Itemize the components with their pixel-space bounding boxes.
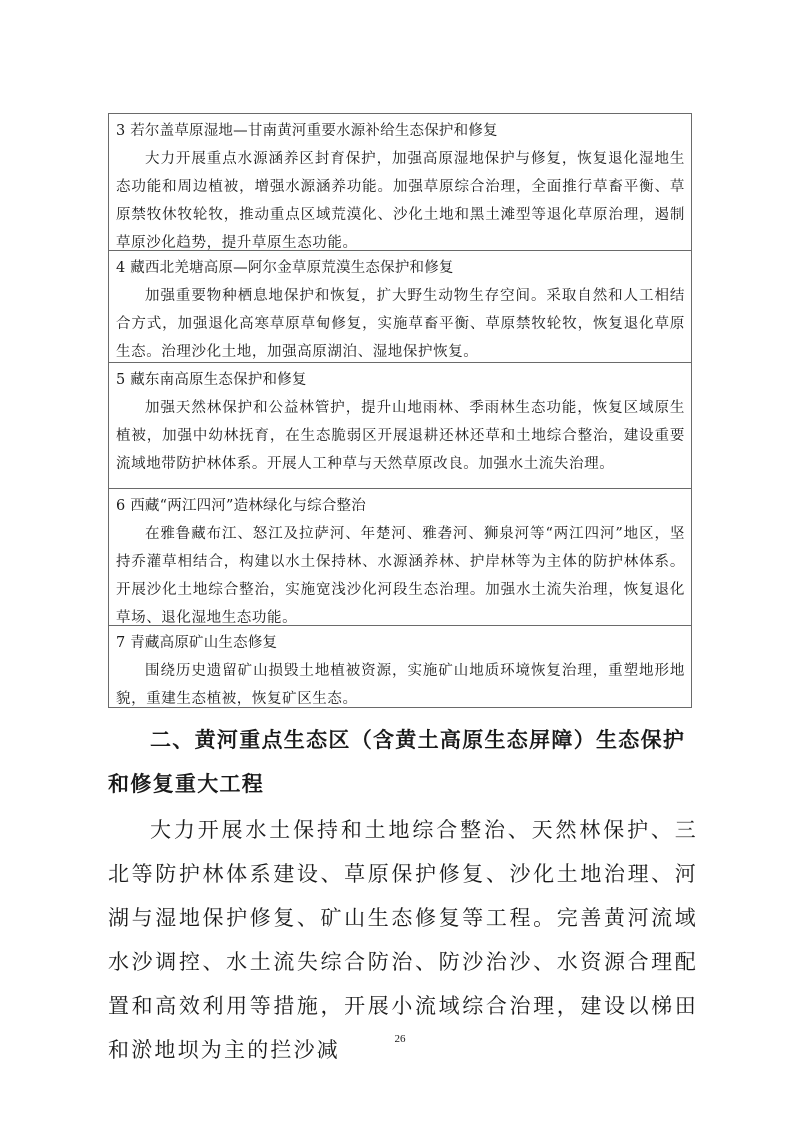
projects-table: 3 若尔盖草原湿地—甘南黄河重要水源补给生态保护和修复 大力开展重点水源涵养区封… xyxy=(108,113,692,708)
section-heading: 二、黄河重点生态区（含黄土高原生态屏障）生态保护和修复重大工程 xyxy=(108,718,698,806)
table-row: 6 西藏“两江四河”造林绿化与综合整治 在雅鲁藏布江、怒江及拉萨河、年楚河、雅砻… xyxy=(109,488,691,625)
table-row: 5 藏东南高原生态保护和修复 加强天然林保护和公益林管护，提升山地雨林、季雨林生… xyxy=(109,362,691,488)
row-body: 在雅鲁藏布江、怒江及拉萨河、年楚河、雅砻河、狮泉河等“两江四河”地区，坚持乔灌草… xyxy=(116,520,685,632)
table-row: 4 藏西北羌塘高原—阿尔金草原荒漠生态保护和修复 加强重要物种栖息地保护和恢复，… xyxy=(109,250,691,362)
row-body: 大力开展重点水源涵养区封育保护，加强高原湿地保护与修复，恢复退化湿地生态功能和周… xyxy=(116,145,685,257)
table-row: 3 若尔盖草原湿地—甘南黄河重要水源补给生态保护和修复 大力开展重点水源涵养区封… xyxy=(109,114,691,250)
row-title: 7 青藏高原矿山生态修复 xyxy=(116,630,685,657)
row-body: 加强天然林保护和公益林管护，提升山地雨林、季雨林生态功能，恢复区域原生植被，加强… xyxy=(116,394,685,478)
page-number: 26 xyxy=(0,1033,800,1045)
table-row: 7 青藏高原矿山生态修复 围绕历史遗留矿山损毁土地植被资源，实施矿山地质环境恢复… xyxy=(109,625,691,707)
row-title: 4 藏西北羌塘高原—阿尔金草原荒漠生态保护和修复 xyxy=(116,255,685,282)
row-title: 6 西藏“两江四河”造林绿化与综合整治 xyxy=(116,493,685,520)
row-body: 围绕历史遗留矿山损毁土地植被资源，实施矿山地质环境恢复治理，重塑地形地貌，重建生… xyxy=(116,657,685,713)
row-title: 5 藏东南高原生态保护和修复 xyxy=(116,367,685,394)
row-title: 3 若尔盖草原湿地—甘南黄河重要水源补给生态保护和修复 xyxy=(116,118,685,145)
row-body: 加强重要物种栖息地保护和恢复，扩大野生动物生存空间。采取自然和人工相结合方式，加… xyxy=(116,282,685,366)
